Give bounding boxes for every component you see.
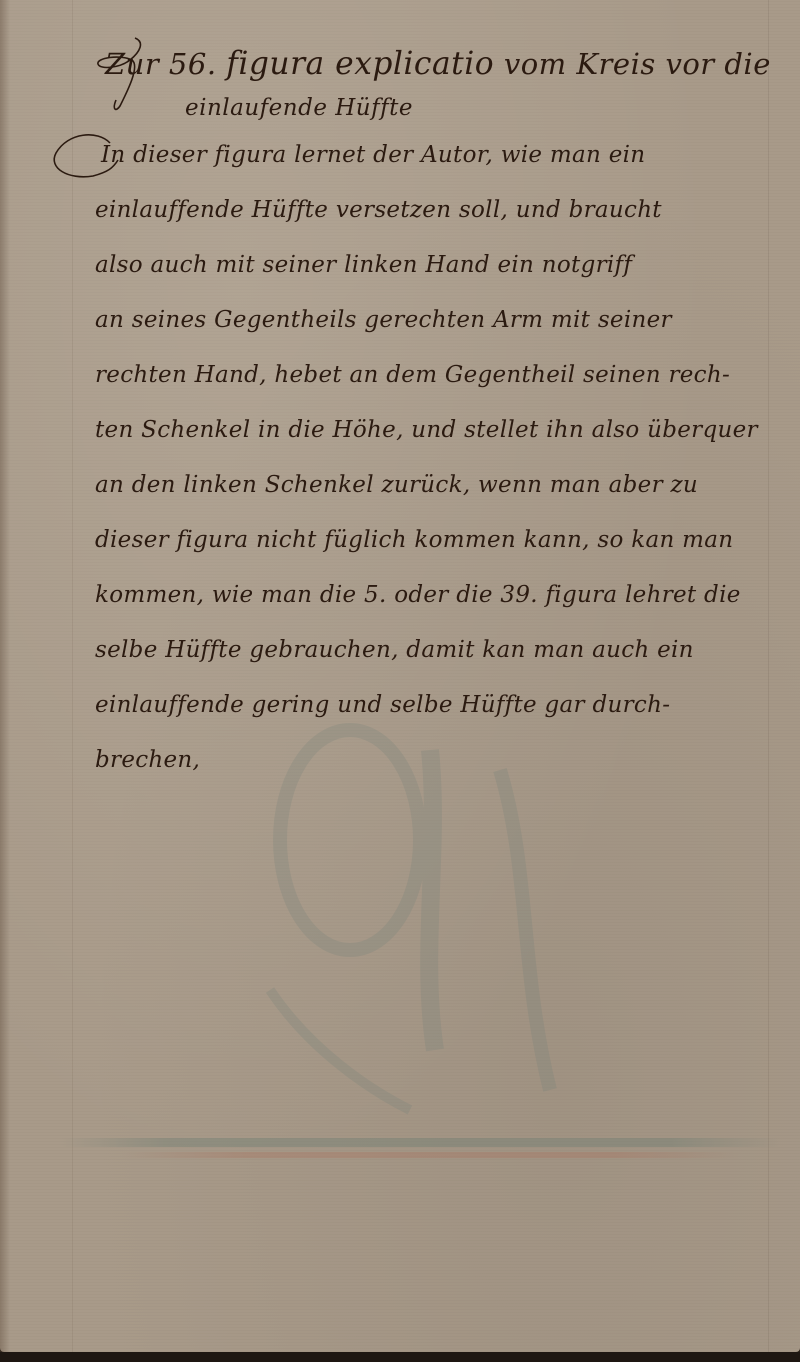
- heading-latin: figura explicatio: [226, 46, 494, 82]
- page-bottom-edge: [0, 1352, 800, 1362]
- body-line: selbe Hüffte gebrauchen, damit kan man a…: [95, 623, 775, 678]
- body-line: brechen,: [95, 733, 775, 788]
- heading-line-1: Zur 56. figura explicatio vom Kreis vor …: [95, 40, 775, 88]
- body-line: rechten Hand, hebet an dem Gegentheil se…: [95, 348, 775, 403]
- manuscript-text: Zur 56. figura explicatio vom Kreis vor …: [95, 40, 775, 788]
- body-line: an seines Gegentheils gerechten Arm mit …: [95, 293, 775, 348]
- bleed-through-band: [60, 1138, 780, 1147]
- left-margin-rule: [72, 0, 73, 1352]
- bleed-through-band-red: [120, 1152, 740, 1158]
- manuscript-page: Zur 56. figura explicatio vom Kreis vor …: [0, 0, 800, 1352]
- body-line: also auch mit seiner linken Hand ein not…: [95, 238, 775, 293]
- heading-prefix: Zur: [105, 47, 159, 81]
- figure-number: 56.: [169, 47, 217, 81]
- body-line: ten Schenkel in die Höhe, und stellet ih…: [95, 403, 775, 458]
- body-line: dieser figura nicht füglich kommen kann,…: [95, 513, 775, 568]
- body-line: In dieser figura lernet der Autor, wie m…: [95, 128, 775, 183]
- heading-line-2: einlaufende Hüffte: [95, 88, 775, 128]
- body-line: einlauffende gering und selbe Hüffte gar…: [95, 678, 775, 733]
- body-line: an den linken Schenkel zurück, wenn man …: [95, 458, 775, 513]
- body-line: einlauffende Hüffte versetzen soll, und …: [95, 183, 775, 238]
- body-line: kommen, wie man die 5. oder die 39. figu…: [95, 568, 775, 623]
- heading-suffix: vom Kreis vor die: [504, 47, 771, 81]
